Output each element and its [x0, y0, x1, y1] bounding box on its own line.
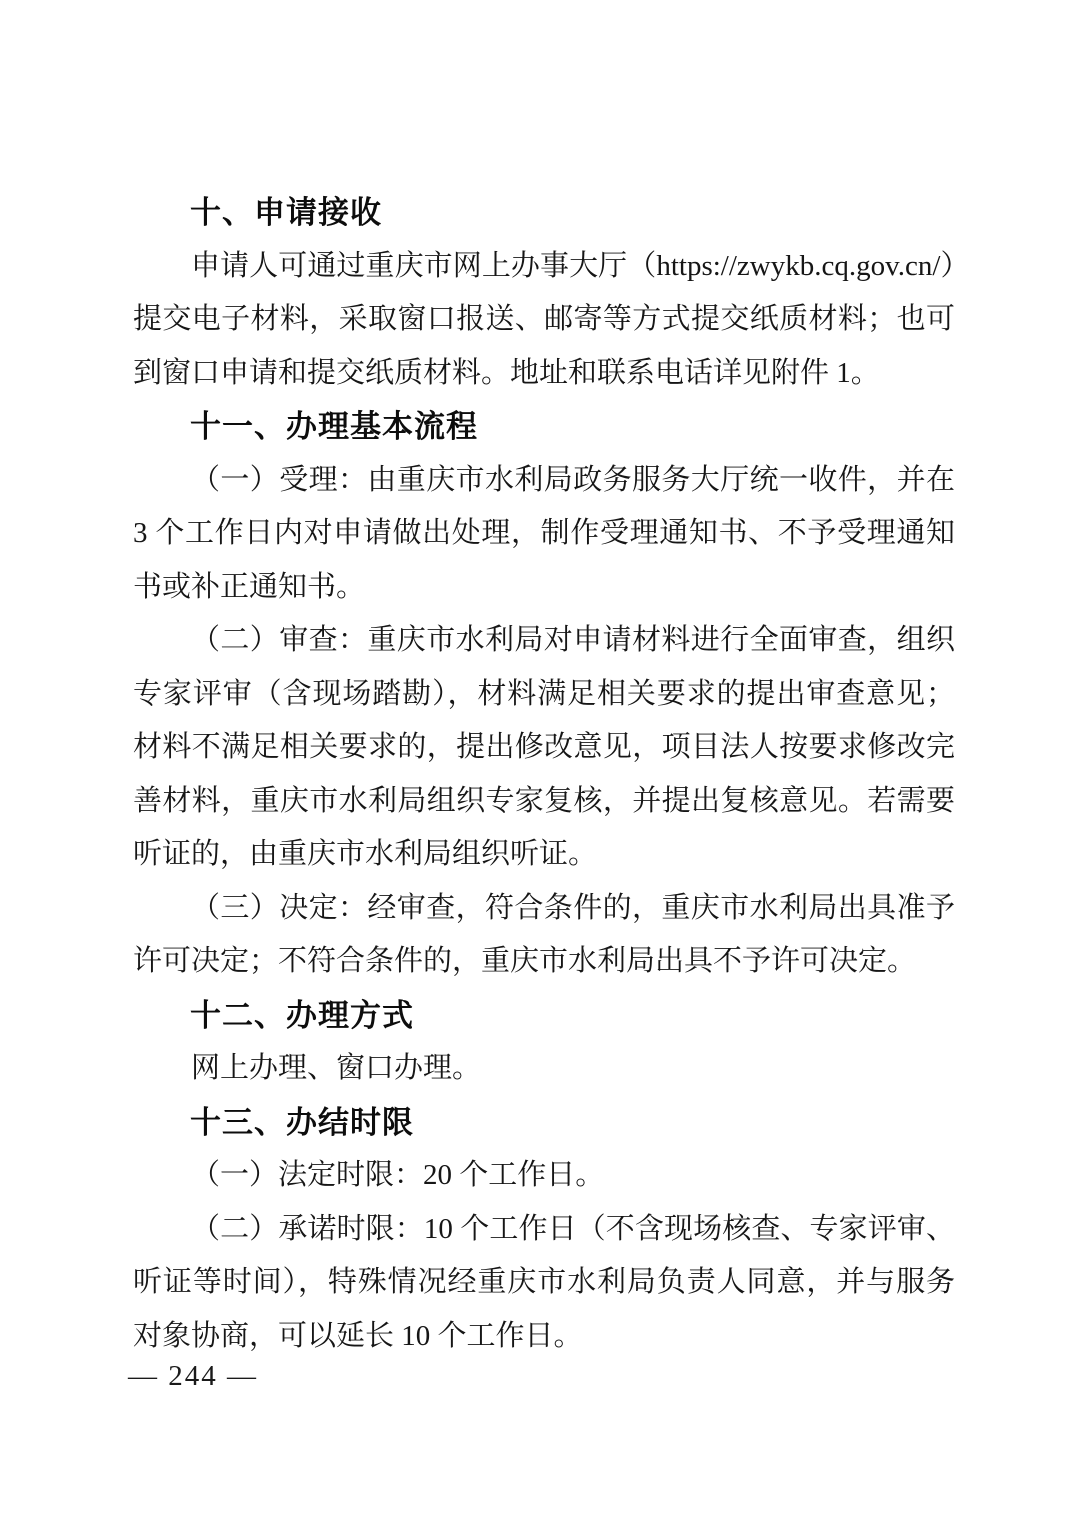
section-heading: 十二、办理方式 — [133, 989, 955, 1043]
section-heading: 十一、办理基本流程 — [133, 400, 955, 454]
paragraph: （一）法定时限：20 个工作日。 — [133, 1149, 955, 1203]
paragraph: （二）审查：重庆市水利局对申请材料进行全面审查，组织专家评审（含现场踏勘），材料… — [133, 614, 955, 882]
paragraph: 网上办理、窗口办理。 — [133, 1042, 955, 1096]
section-heading: 十三、办结时限 — [133, 1096, 955, 1150]
document-body: 十、申请接收申请人可通过重庆市网上办事大厅（https://zwykb.cq.g… — [133, 186, 955, 1363]
paragraph: 申请人可通过重庆市网上办事大厅（https://zwykb.cq.gov.cn/… — [133, 240, 955, 401]
paragraph: （二）承诺时限：10 个工作日（不含现场核查、专家评审、听证等时间），特殊情况经… — [133, 1203, 955, 1364]
paragraph: （三）决定：经审查，符合条件的，重庆市水利局出具准予许可决定；不符合条件的，重庆… — [133, 882, 955, 989]
page-number: — 244 — — [128, 1356, 258, 1396]
section-heading: 十、申请接收 — [133, 186, 955, 240]
document-page: 十、申请接收申请人可通过重庆市网上办事大厅（https://zwykb.cq.g… — [0, 0, 1074, 1520]
paragraph: （一）受理：由重庆市水利局政务服务大厅统一收件，并在 3 个工作日内对申请做出处… — [133, 454, 955, 615]
